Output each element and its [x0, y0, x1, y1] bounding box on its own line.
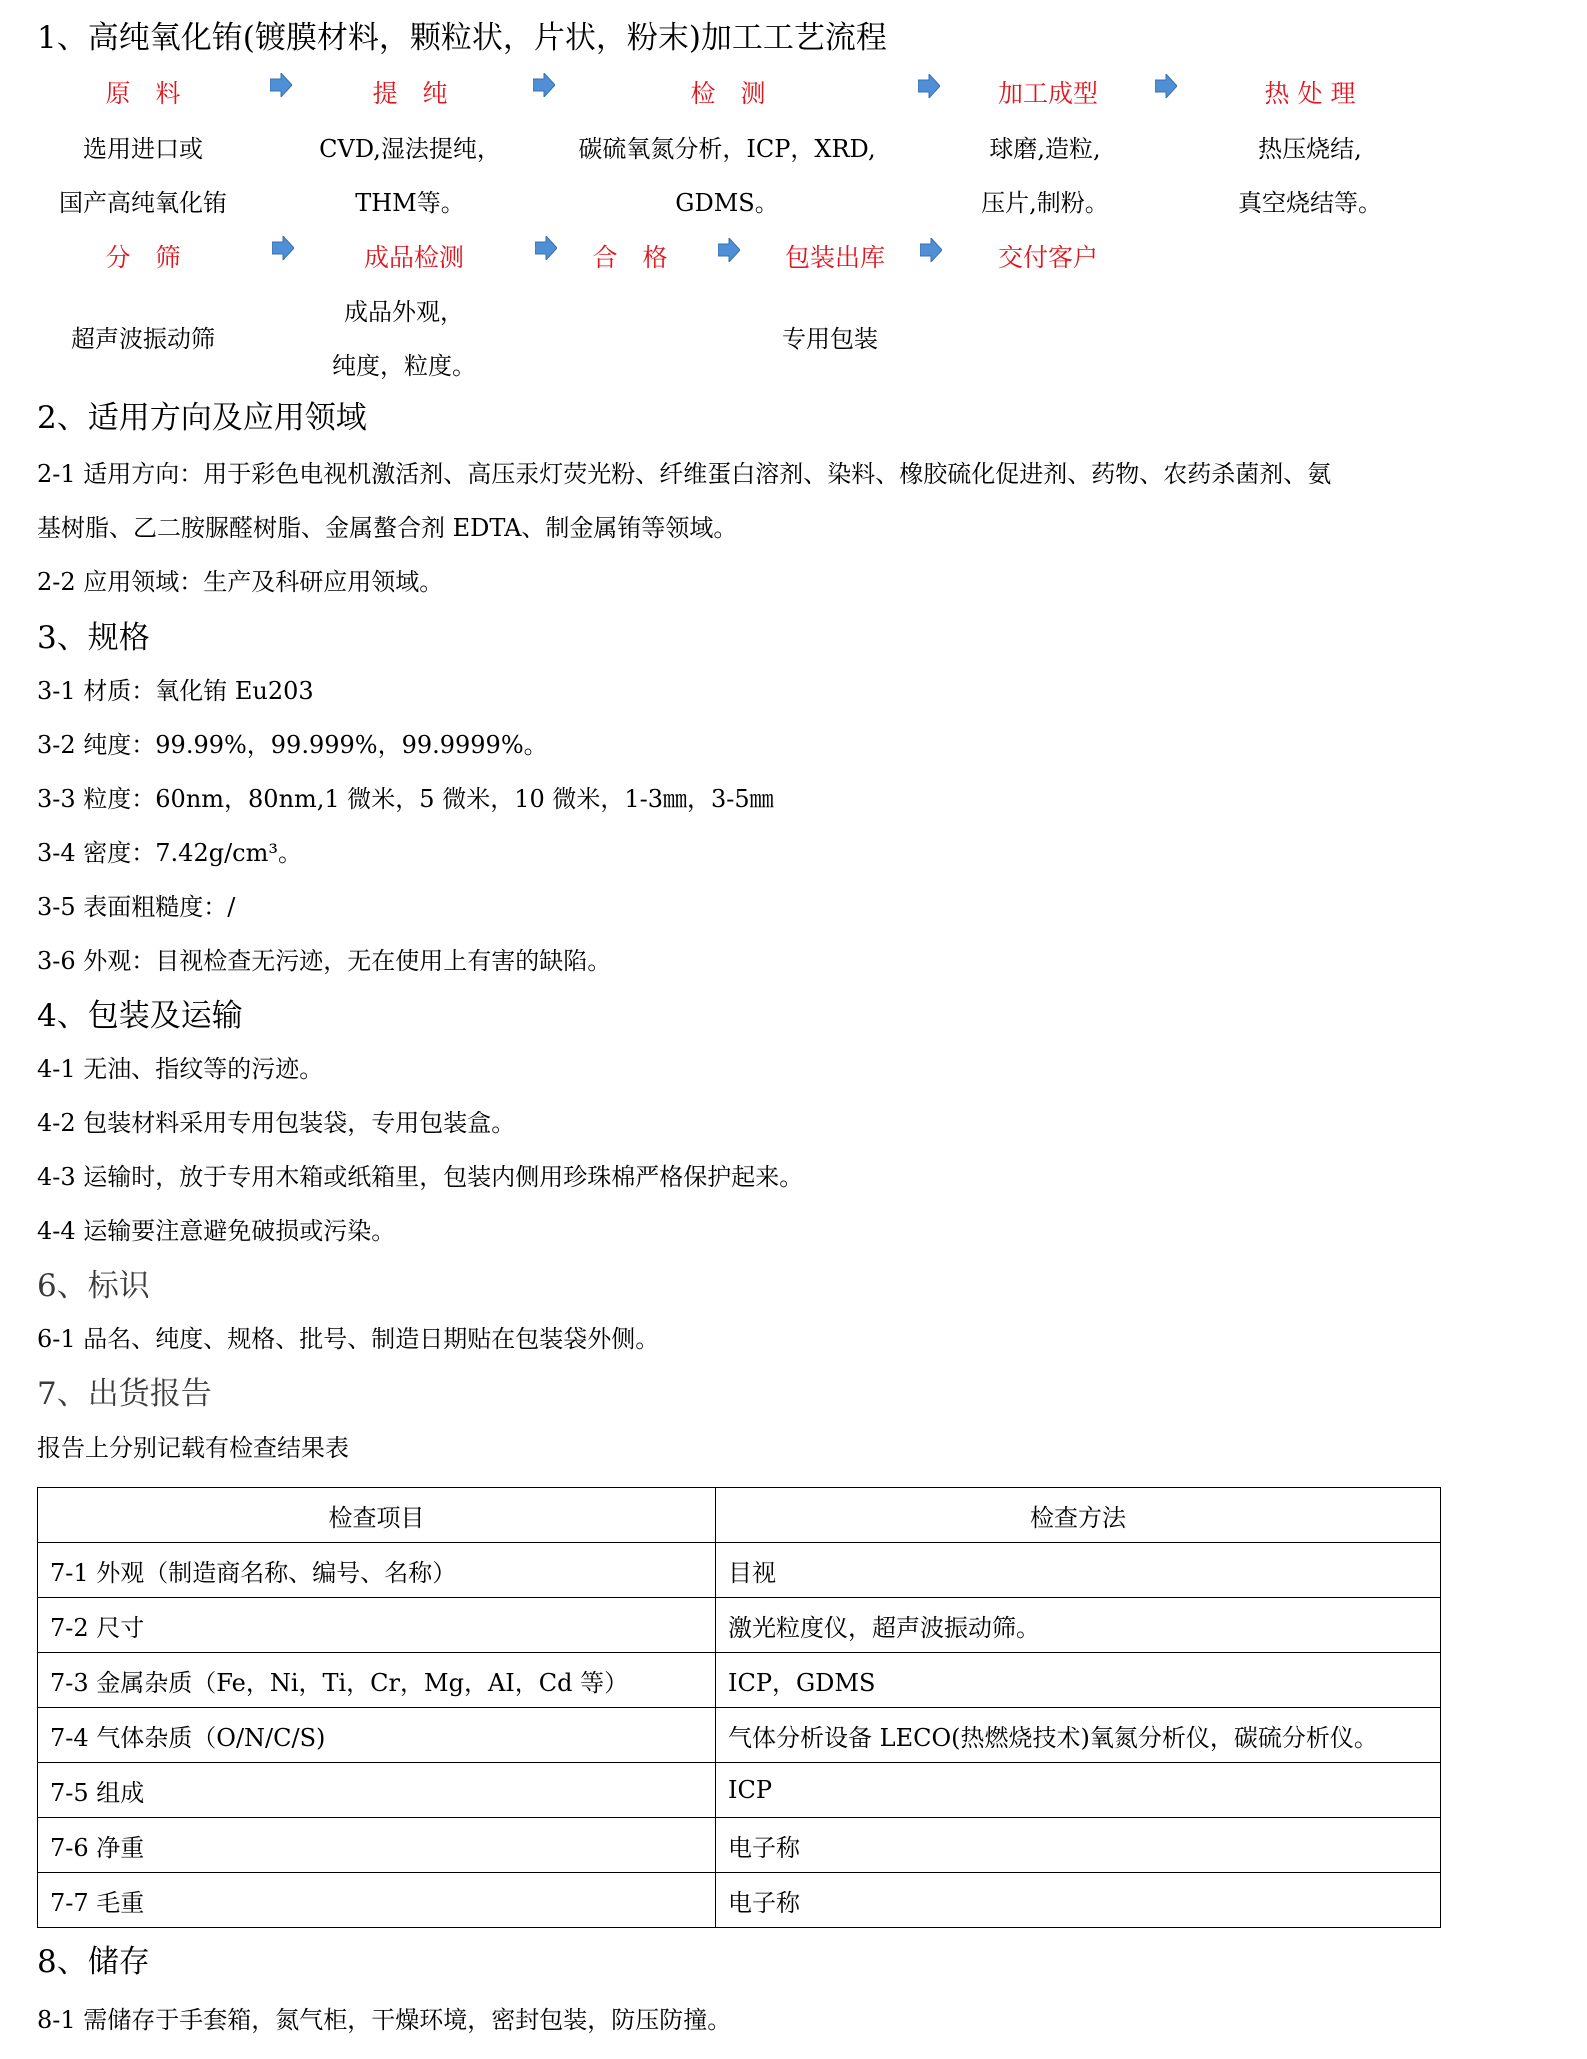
table-cell: 激光粒度仪，超声波振动筛。 — [716, 1598, 1441, 1653]
flow-desc: 国产高纯氧化铕 — [59, 187, 227, 219]
flow-step-heat-treatment: 热 处 理 — [1265, 78, 1356, 110]
right-arrow-icon — [1155, 74, 1177, 98]
storage-item: 8-1 需储存于手套箱，氮气柜，干燥环境，密封包装，防压防撞。 — [37, 2004, 731, 2036]
table-cell: 7-5 组成 — [38, 1763, 716, 1818]
flow-desc: GDMS。 — [675, 187, 778, 219]
table-cell: 7-1 外观（制造商名称、编号、名称） — [38, 1543, 716, 1598]
table-cell: 电子称 — [716, 1873, 1441, 1928]
flow-step-delivery: 交付客户 — [998, 242, 1098, 274]
right-arrow-icon — [535, 236, 557, 260]
right-arrow-icon — [272, 236, 294, 260]
packaging-item: 4-4 运输要注意避免破损或污染。 — [37, 1215, 395, 1247]
flow-desc: 专用包装 — [782, 323, 878, 355]
spec-item: 3-4 密度：7.42g/cm³。 — [37, 837, 302, 869]
section7-title: 7、出货报告 — [37, 1374, 212, 1414]
flow-step-purification: 提 纯 — [372, 78, 447, 110]
flow-step-sieving: 分 筛 — [105, 242, 180, 274]
flow-desc: 球磨,造粒, — [989, 133, 1100, 165]
flow-step-raw-material: 原 料 — [105, 78, 180, 110]
table-cell: 7-6 净重 — [38, 1818, 716, 1873]
section6-title: 6、标识 — [37, 1266, 150, 1306]
flow-desc: 压片,制粉。 — [981, 187, 1109, 219]
packaging-item: 4-2 包装材料采用专用包装袋，专用包装盒。 — [37, 1107, 515, 1139]
packaging-item: 4-1 无油、指纹等的污迹。 — [37, 1053, 323, 1085]
table-cell: 目视 — [716, 1543, 1441, 1598]
paragraph: 2-2 应用领域：生产及科研应用领域。 — [37, 566, 443, 598]
table-row: 7-7 毛重 电子称 — [38, 1873, 1441, 1928]
flow-step-packaging: 包装出库 — [785, 242, 885, 274]
spec-item: 3-6 外观：目视检查无污迹，无在使用上有害的缺陷。 — [37, 945, 611, 977]
table-row: 7-1 外观（制造商名称、编号、名称） 目视 — [38, 1543, 1441, 1598]
table-cell: 7-4 气体杂质（O/N/C/S) — [38, 1708, 716, 1763]
paragraph: 基树脂、乙二胺脲醛树脂、金属螯合剂 EDTA、制金属铕等领域。 — [37, 512, 737, 544]
flow-desc: 碳硫氧氮分析，ICP，XRD, — [578, 133, 875, 165]
table-cell: 7-2 尺寸 — [38, 1598, 716, 1653]
flow-desc: 热压烧结, — [1258, 133, 1362, 165]
flow-step-final-inspection: 成品检测 — [364, 242, 464, 274]
flow-desc: 真空烧结等。 — [1238, 187, 1382, 219]
table-cell: 7-7 毛重 — [38, 1873, 716, 1928]
flow-desc: 超声波振动筛 — [71, 323, 215, 355]
right-arrow-icon — [918, 74, 940, 98]
table-header: 检查项目 — [38, 1488, 716, 1543]
spec-item: 3-5 表面粗糙度：/ — [37, 891, 235, 923]
table-cell: 7-3 金属杂质（Fe，Ni，Ti，Cr，Mg，AI，Cd 等） — [38, 1653, 716, 1708]
label-item: 6-1 品名、纯度、规格、批号、制造日期贴在包装袋外侧。 — [37, 1323, 659, 1355]
table-header-row: 检查项目 检查方法 — [38, 1488, 1441, 1543]
report-intro: 报告上分别记载有检查结果表 — [37, 1432, 349, 1464]
section1-title: 1、高纯氧化铕(镀膜材料，颗粒状，片状，粉末)加工工艺流程 — [37, 18, 887, 58]
table-cell: ICP，GDMS — [716, 1653, 1441, 1708]
right-arrow-icon — [270, 73, 292, 97]
table-row: 7-6 净重 电子称 — [38, 1818, 1441, 1873]
flow-desc: 纯度，粒度。 — [332, 350, 476, 382]
section2-title: 2、适用方向及应用领域 — [37, 398, 367, 438]
table-cell: 气体分析设备 LECO(热燃烧技术)氧氮分析仪，碳硫分析仪。 — [716, 1708, 1441, 1763]
section4-title: 4、包装及运输 — [37, 996, 243, 1036]
flow-step-inspection: 检 测 — [690, 78, 765, 110]
right-arrow-icon — [533, 73, 555, 97]
table-cell: 电子称 — [716, 1818, 1441, 1873]
table-header: 检查方法 — [716, 1488, 1441, 1543]
table-row: 7-4 气体杂质（O/N/C/S) 气体分析设备 LECO(热燃烧技术)氧氮分析… — [38, 1708, 1441, 1763]
packaging-item: 4-3 运输时，放于专用木箱或纸箱里，包装内侧用珍珠棉严格保护起来。 — [37, 1161, 803, 1193]
flow-desc: 成品外观， — [344, 296, 464, 328]
table-cell: ICP — [716, 1763, 1441, 1818]
flow-step-qualified: 合 格 — [592, 242, 667, 274]
flow-desc: 选用进口或 — [83, 133, 203, 165]
paragraph: 2-1 适用方向：用于彩色电视机激活剂、高压汞灯荧光粉、纤维蛋白溶剂、染料、橡胶… — [37, 458, 1331, 490]
inspection-table: 检查项目 检查方法 7-1 外观（制造商名称、编号、名称） 目视 7-2 尺寸 … — [37, 1487, 1441, 1928]
table-row: 7-3 金属杂质（Fe，Ni，Ti，Cr，Mg，AI，Cd 等） ICP，GDM… — [38, 1653, 1441, 1708]
right-arrow-icon — [920, 238, 942, 262]
table-row: 7-2 尺寸 激光粒度仪，超声波振动筛。 — [38, 1598, 1441, 1653]
spec-item: 3-2 纯度：99.99%，99.999%，99.9999%。 — [37, 729, 548, 761]
right-arrow-icon — [718, 238, 740, 262]
table-row: 7-5 组成 ICP — [38, 1763, 1441, 1818]
section8-title: 8、储存 — [37, 1942, 150, 1982]
flow-desc: THM等。 — [355, 187, 465, 219]
flow-step-forming: 加工成型 — [998, 78, 1098, 110]
flow-desc: CVD,湿法提纯， — [319, 133, 501, 165]
section3-title: 3、规格 — [37, 618, 150, 658]
spec-item: 3-3 粒度：60nm，80nm,1 微米，5 微米，10 微米，1-3㎜，3-… — [37, 783, 774, 815]
spec-item: 3-1 材质：氧化铕 Eu203 — [37, 675, 314, 707]
